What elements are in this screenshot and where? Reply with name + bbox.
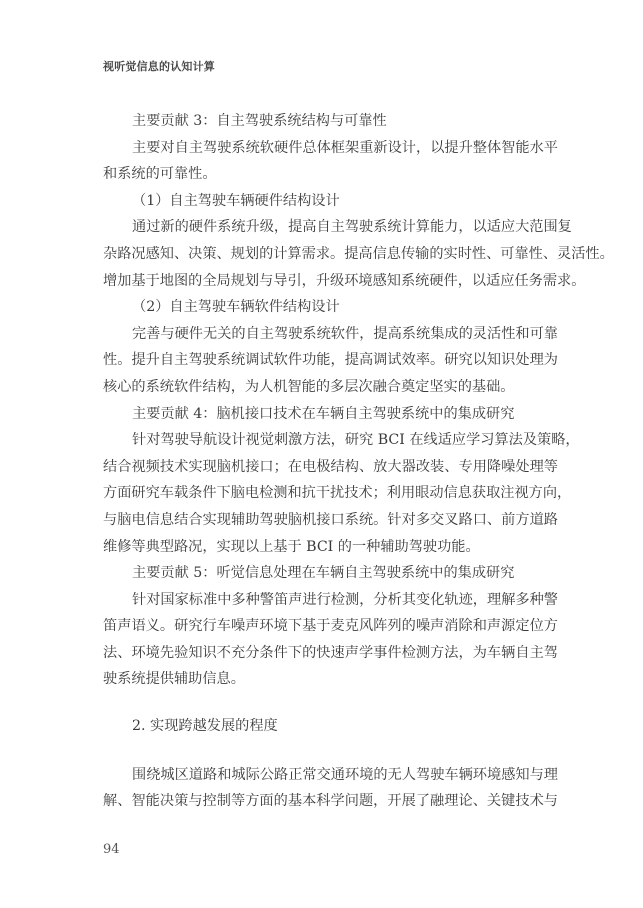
running-header: 视听觉信息的认知计算 xyxy=(103,58,215,74)
page-body: 主要贡献 3：自主驾驶系统结构与可靠性 主要对自主驾驶系统软硬件总体框架重新设计… xyxy=(103,108,558,815)
contribution-3-heading: 主要贡献 3：自主驾驶系统结构与可靠性 xyxy=(103,108,558,135)
paragraph-line: 围绕城区道路和城际公路正常交通环境的无人驾驶车辆环境感知与理 xyxy=(103,762,558,789)
paragraph-line: 通过新的硬件系统升级，提高自主驾驶系统计算能力，以适应大范围复 xyxy=(103,214,558,241)
paragraph-line: 驶系统提供辅助信息。 xyxy=(103,666,558,693)
contribution-5-heading: 主要贡献 5：听觉信息处理在车辆自主驾驶系统中的集成研究 xyxy=(103,560,558,587)
paragraph-line: 与脑电信息结合实现辅助驾驶脑机接口系统。针对多交叉路口、前方道路 xyxy=(103,507,558,534)
paragraph-line: 核心的系统软件结构，为人机智能的多层次融合奠定坚实的基础。 xyxy=(103,374,558,401)
paragraph-line: 笛声语义。研究行车噪声环境下基于麦克风阵列的噪声消除和声源定位方 xyxy=(103,613,558,640)
paragraph-line: 结合视频技术实现脑机接口；在电极结构、放大器改装、专用降噪处理等 xyxy=(103,454,558,481)
page-number: 94 xyxy=(103,842,120,857)
subsection-2-heading: （2）自主驾驶车辆软件结构设计 xyxy=(103,294,558,321)
subsection-1-heading: （1）自主驾驶车辆硬件结构设计 xyxy=(103,188,558,215)
paragraph-line: 解、智能决策与控制等方面的基本科学问题，开展了融理论、关键技术与 xyxy=(103,788,558,815)
paragraph-line: 增加基于地图的全局规划与导引，升级环境感知系统硬件，以适应任务需求。 xyxy=(103,268,558,295)
paragraph-line: 杂路况感知、决策、规划的计算需求。提高信息传输的实时性、可靠性、灵活性。 xyxy=(103,241,558,268)
paragraph-line: 法、环境先验知识不充分条件下的快速声学事件检测方法，为车辆自主驾 xyxy=(103,640,558,667)
paragraph-line: 和系统的可靠性。 xyxy=(103,161,558,188)
paragraph-line: 主要对自主驾驶系统软硬件总体框架重新设计，以提升整体智能水平 xyxy=(103,135,558,162)
paragraph-line: 针对国家标准中多种警笛声进行检测，分析其变化轨迹，理解多种警 xyxy=(103,587,558,614)
paragraph-line: 性。提升自主驾驶系统调试软件功能，提高调试效率。研究以知识处理为 xyxy=(103,347,558,374)
paragraph-line: 完善与硬件无关的自主驾驶系统软件，提高系统集成的灵活性和可靠 xyxy=(103,321,558,348)
paragraph-line: 针对驾驶导航设计视觉刺激方法，研究 BCI 在线适应学习算法及策略， xyxy=(103,427,558,454)
contribution-4-heading: 主要贡献 4：脑机接口技术在车辆自主驾驶系统中的集成研究 xyxy=(103,401,558,428)
section-2-heading: 2. 实现跨越发展的程度 xyxy=(103,713,558,740)
paragraph-line: 方面研究车载条件下脑电检测和抗干扰技术；利用眼动信息获取注视方向， xyxy=(103,480,558,507)
paragraph-line: 维修等典型路况，实现以上基于 BCI 的一种辅助驾驶功能。 xyxy=(103,534,558,561)
